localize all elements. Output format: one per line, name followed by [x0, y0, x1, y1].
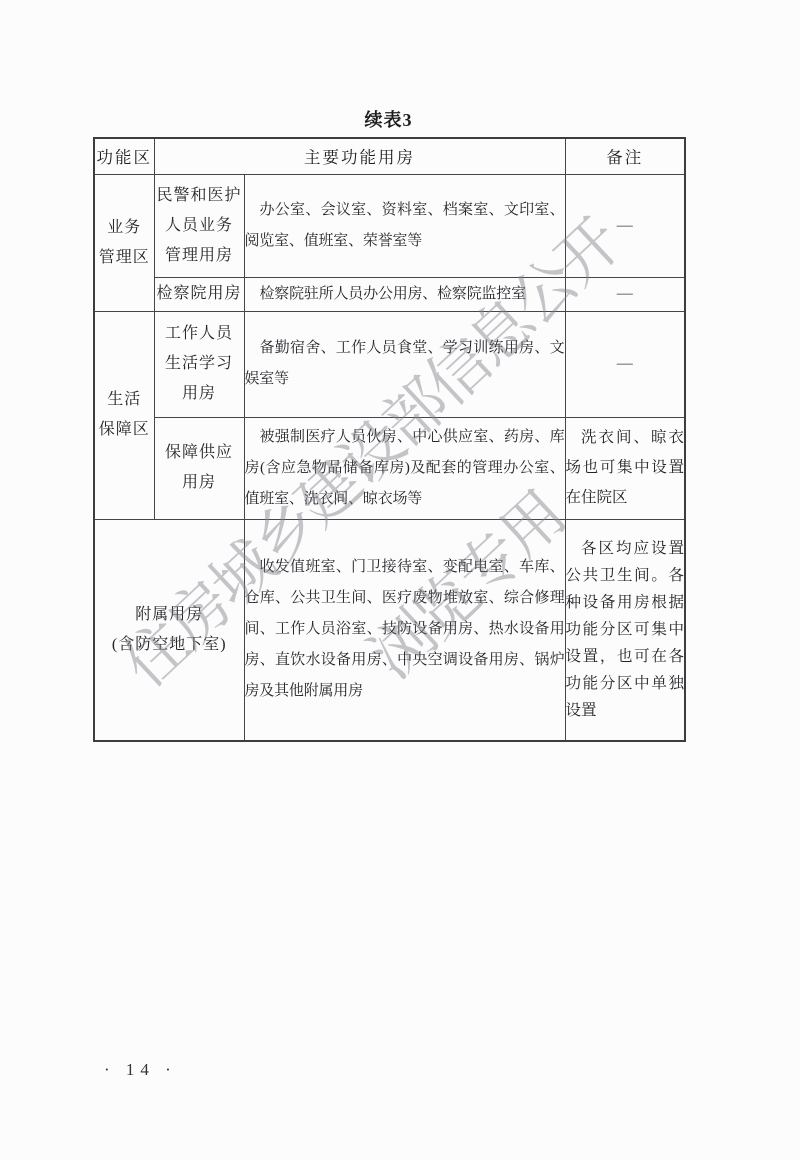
- header-main-rooms: 主要功能用房: [154, 138, 565, 174]
- table-row: 业务 管理区 民警和医护 人员业务 管理用房 办公室、会议室、资料室、档案室、文…: [94, 174, 685, 277]
- subcategory-staff-living-study-rooms: 工作人员 生活学习 用房: [154, 311, 244, 417]
- table-row: 保障供应 用房 被强制医疗人员伙房、中心供应室、药房、库房(含应急物品储备库房)…: [94, 417, 685, 519]
- zone-auxiliary-rooms: 附属用房 (含防空地下室): [94, 519, 244, 741]
- table-title: 续表3: [93, 106, 684, 132]
- zone-business-management: 业务 管理区: [94, 174, 154, 311]
- rooms-list-supply-support: 被强制医疗人员伙房、中心供应室、药房、库房(含应急物品储备库房)及配套的管理办公…: [244, 417, 565, 519]
- header-zone: 功能区: [94, 138, 154, 174]
- rooms-list-staff-living: 备勤宿舍、工作人员食堂、学习训练用房、文娱室等: [244, 311, 565, 417]
- rooms-list-police-medical: 办公室、会议室、资料室、档案室、文印室、阅览室、值班室、荣誉室等: [244, 174, 565, 277]
- remark-laundry-note: 洗衣间、晾衣场也可集中设置在住院区: [565, 417, 685, 519]
- rooms-list-auxiliary: 收发值班室、门卫接待室、变配电室、车库、仓库、公共卫生间、医疗废物堆放室、综合修…: [244, 519, 565, 741]
- remark-dash: —: [565, 277, 685, 311]
- remark-public-toilet-note: 各区均应设置公共卫生间。各种设备用房根据功能分区可集中设置，也可在各功能分区中单…: [565, 519, 685, 741]
- page-number: · 14 ·: [104, 1060, 177, 1080]
- rooms-list-procuratorate: 检察院驻所人员办公用房、检察院监控室: [244, 277, 565, 311]
- zone-living-support: 生活 保障区: [94, 311, 154, 519]
- table-row: 生活 保障区 工作人员 生活学习 用房 备勤宿舍、工作人员食堂、学习训练用房、文…: [94, 311, 685, 417]
- subcategory-police-medical-rooms: 民警和医护 人员业务 管理用房: [154, 174, 244, 277]
- table-row: 检察院用房 检察院驻所人员办公用房、检察院监控室 —: [94, 277, 685, 311]
- function-rooms-table: 功能区 主要功能用房 备注 业务 管理区 民警和医护 人员业务 管理用房 办公室…: [93, 137, 686, 742]
- remark-dash: —: [565, 174, 685, 277]
- table-row: 附属用房 (含防空地下室) 收发值班室、门卫接待室、变配电室、车库、仓库、公共卫…: [94, 519, 685, 741]
- header-remark: 备注: [565, 138, 685, 174]
- table-header-row: 功能区 主要功能用房 备注: [94, 138, 685, 174]
- document-page: 续表3 功能区 主要功能用房 备注 业务 管理区 民警和医护 人员业务 管理用房…: [0, 0, 800, 1160]
- subcategory-procuratorate-rooms: 检察院用房: [154, 277, 244, 311]
- remark-dash: —: [565, 311, 685, 417]
- subcategory-supply-support-rooms: 保障供应 用房: [154, 417, 244, 519]
